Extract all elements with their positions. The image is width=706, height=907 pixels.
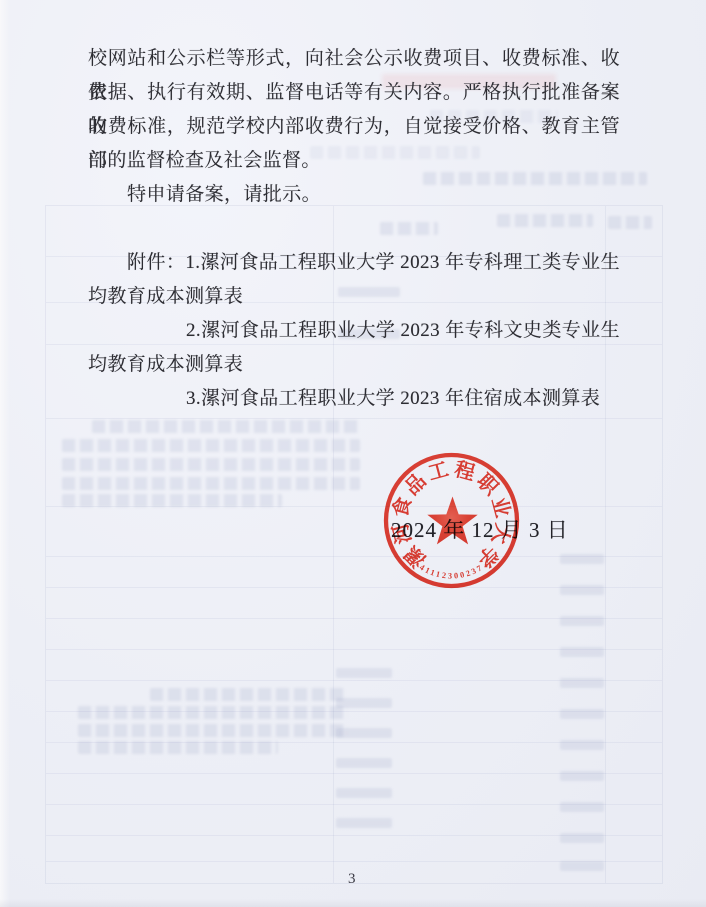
bleedthrough-table-line [46, 711, 662, 712]
bleedthrough-number [336, 668, 392, 678]
body-line: 校网站和公示栏等形式，向社会公示收费项目、收费标准、收费 [88, 42, 620, 76]
bleedthrough-table-line [46, 773, 662, 774]
bleedthrough-table-line [46, 835, 662, 836]
star-icon [427, 497, 477, 545]
document-body: 校网站和公示栏等形式，向社会公示收费项目、收费标准、收费 依据、执行有效期、监督… [88, 42, 620, 416]
bleedthrough-table-line [46, 804, 662, 805]
bleedthrough-label [560, 554, 604, 564]
bleedthrough-text [62, 439, 360, 452]
bleedthrough-text [62, 494, 282, 507]
bleedthrough-label [560, 740, 604, 750]
bleedthrough-label [560, 833, 604, 843]
svg-text:工: 工 [426, 459, 451, 485]
svg-text:程: 程 [452, 458, 477, 485]
bleedthrough-table-line [46, 861, 662, 862]
bleedthrough-table-line [46, 587, 662, 588]
blank-line [88, 212, 620, 246]
bleedthrough-text [150, 688, 346, 701]
bleedthrough-number [336, 818, 392, 828]
svg-text:食: 食 [389, 495, 416, 520]
bleedthrough-table-line [46, 649, 662, 650]
attachment-line-1-wrap: 均教育成本测算表 [88, 280, 620, 314]
bleedthrough-label [560, 678, 604, 688]
svg-text:河: 河 [389, 521, 416, 546]
bleedthrough-label [560, 647, 604, 657]
attachment-line-1: 附件：1.漯河食品工程职业大学 2023 年专科理工类专业生 [88, 246, 620, 280]
bleedthrough-number [336, 758, 392, 768]
bleedthrough-table-line [46, 556, 662, 557]
bleedthrough-table-line [46, 742, 662, 743]
bleedthrough-table-line [46, 506, 662, 507]
bleedthrough-text [92, 420, 360, 433]
bleedthrough-label [560, 709, 604, 719]
attachment-line-2-wrap: 均教育成本测算表 [88, 348, 620, 382]
bleedthrough-text [62, 477, 360, 490]
bleedthrough-label [560, 616, 604, 626]
page-number: 3 [348, 871, 356, 888]
bleedthrough-number [336, 698, 392, 708]
attachment-line-2: 2.漯河食品工程职业大学 2023 年专科文史类专业生 [88, 314, 620, 348]
bleedthrough-text [62, 458, 360, 471]
body-line: 收费标准，规范学校内部收费行为，自觉接受价格、教育主管部 [88, 110, 620, 144]
request-line: 特申请备案，请批示。 [88, 178, 620, 212]
body-line: 依据、执行有效期、监督电话等有关内容。严格执行批准备案的 [88, 76, 620, 110]
bleedthrough-label [560, 802, 604, 812]
seal-code: 41112300237 [418, 563, 484, 581]
attachment-line-3: 3.漯河食品工程职业大学 2023 年住宿成本测算表 [88, 382, 620, 416]
bleedthrough-text [78, 741, 278, 754]
bleedthrough-label [560, 585, 604, 595]
svg-text:业: 业 [487, 495, 514, 520]
bleedthrough-label [560, 861, 604, 871]
bleedthrough-label [560, 771, 604, 781]
scan-edge [0, 0, 10, 907]
bleedthrough-table-line [46, 418, 662, 419]
scanned-document-page: 校网站和公示栏等形式，向社会公示收费项目、收费标准、收费 依据、执行有效期、监督… [0, 0, 706, 907]
official-seal: 漯 河 食 品 工 程 职 业 大 学 41112300237 [381, 450, 522, 591]
bleedthrough-table-line [46, 680, 662, 681]
body-line: 门的监督检查及社会监督。 [88, 144, 620, 178]
bleedthrough-table-line [46, 618, 662, 619]
scan-edge [0, 899, 706, 907]
bleedthrough-number [336, 728, 392, 738]
bleedthrough-text [78, 706, 348, 719]
bleedthrough-text [78, 724, 348, 737]
bleedthrough-number [336, 788, 392, 798]
